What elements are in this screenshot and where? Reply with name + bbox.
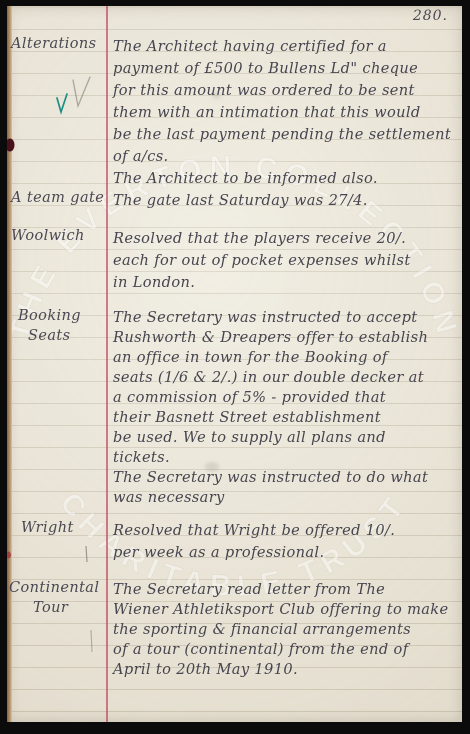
- entry-body: The Architect having certified for a pay…: [113, 36, 451, 190]
- entry-heading: Seats: [28, 328, 70, 344]
- manuscript-line: tickets.: [113, 448, 428, 468]
- pencil-tick-mark: [86, 546, 87, 562]
- entry-heading: Booking: [18, 308, 81, 324]
- manuscript-line: a commission of 5% - provided that: [113, 388, 428, 408]
- entry-body: The Secretary was instructed to accept R…: [113, 308, 428, 508]
- manuscript-line: seats (1/6 & 2/.) in our double decker a…: [113, 368, 428, 388]
- manuscript-line: an office in town for the Booking of: [113, 348, 428, 368]
- manuscript-line: The Architect having certified for a: [113, 36, 451, 58]
- manuscript-line: Wiener Athletiksport Club offering to ma…: [113, 600, 449, 620]
- red-margin-rule: [106, 6, 108, 722]
- manuscript-line: them with an intimation that this would: [113, 102, 451, 124]
- manuscript-page: THE EVERTON COLLECTION CHARITABLE TRUST …: [7, 6, 462, 722]
- manuscript-line: be used. We to supply all plans and: [113, 428, 428, 448]
- manuscript-line: their Basnett Street establishment: [113, 408, 428, 428]
- manuscript-line: in London.: [113, 272, 411, 294]
- manuscript-line: of a tour (continental) from the end of: [113, 640, 449, 660]
- entry-heading: A team gate: [11, 190, 104, 206]
- entry-heading: Woolwich: [11, 228, 85, 244]
- entry-heading: Wright: [21, 520, 74, 536]
- manuscript-line: April to 20th May 1910.: [113, 660, 449, 680]
- entry-body: The gate last Saturday was 27/4.: [113, 190, 368, 212]
- entry-heading: Alterations: [11, 36, 96, 52]
- manuscript-line: payment of £500 to Bullens Ld" cheque: [113, 58, 451, 80]
- entry-heading: Continental: [9, 580, 99, 596]
- manuscript-line: each for out of pocket expenses whilst: [113, 250, 411, 272]
- manuscript-line: was necessary: [113, 488, 428, 508]
- manuscript-line: Resolved that the players receive 20/.: [113, 228, 411, 250]
- manuscript-line: of a/cs.: [113, 146, 451, 168]
- pencil-check-icon: [73, 77, 90, 106]
- manuscript-line: per week as a professional.: [113, 542, 395, 564]
- manuscript-line: The Architect to be informed also.: [113, 168, 451, 190]
- manuscript-line: be the last payment pending the settleme…: [113, 124, 451, 146]
- teal-check-icon: [57, 94, 67, 112]
- manuscript-line: The Secretary read letter from The: [113, 580, 449, 600]
- manuscript-line: The Secretary was instructed to accept: [113, 308, 428, 328]
- manuscript-line: Resolved that Wright be offered 10/.: [113, 520, 395, 542]
- page-number: 280.: [413, 8, 448, 24]
- manuscript-line: the sporting & financial arrangements: [113, 620, 449, 640]
- entry-body: Resolved that Wright be offered 10/. per…: [113, 520, 395, 564]
- entry-heading: Tour: [33, 600, 68, 616]
- page-binding-edge: [7, 6, 12, 722]
- manuscript-line: for this amount was ordered to be sent: [113, 80, 451, 102]
- scanned-minute-book-photo: { "document": { "page_number": "280.", "…: [0, 0, 470, 734]
- manuscript-line: Rushworth & Dreapers offer to establish: [113, 328, 428, 348]
- entry-body: The Secretary read letter from The Wiene…: [113, 580, 449, 680]
- manuscript-line: The gate last Saturday was 27/4.: [113, 190, 368, 212]
- pencil-tick-mark: [91, 630, 92, 652]
- entry-body: Resolved that the players receive 20/. e…: [113, 228, 411, 294]
- manuscript-line: The Secretary was instructed to do what: [113, 468, 428, 488]
